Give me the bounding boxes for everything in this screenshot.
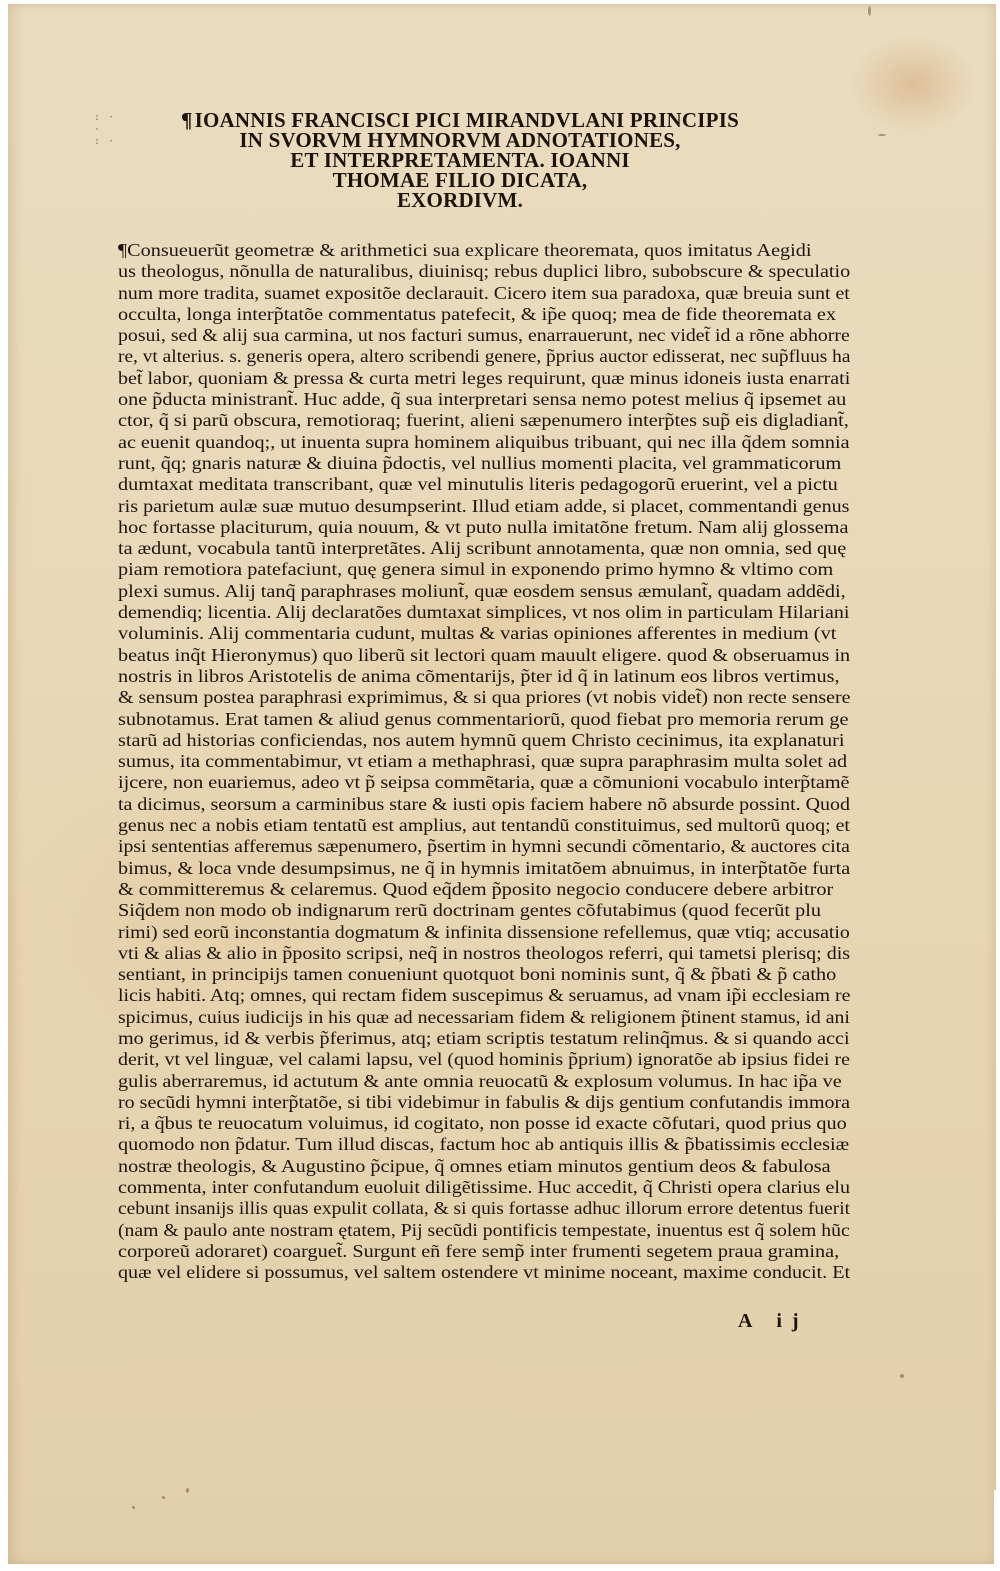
text-line: ta dicimus, seorsum a carminibus stare &… — [118, 794, 850, 815]
text-line: & committeremus & celaremus. Quod eq̃dem… — [118, 879, 833, 900]
text-line: genus nec a nobis etiam tentatũ est ampl… — [118, 815, 850, 836]
text-line: commenta, inter confutandum euoluit dili… — [118, 1177, 850, 1198]
text-line: ac euenit quandoq;, ut inuenta supra hom… — [118, 432, 850, 453]
foxing-spot — [162, 1496, 165, 1499]
text-line: gulis aberraremus, id actutum & ante omn… — [118, 1071, 841, 1092]
text-line: (nam & paulo ante nostram ętatem, Pij se… — [118, 1220, 850, 1241]
title-line: THOMAE FILIO DICATA, — [140, 170, 780, 190]
text-line: one p̃ducta ministrant̃. Huc adde, q̃ su… — [118, 389, 846, 410]
text-line: cebunt insanijs illis quas expulit colla… — [118, 1198, 850, 1219]
foxing-spot — [868, 6, 871, 16]
text-line: ¶Consueuerũt geometræ & arithmetici sua … — [118, 240, 811, 261]
text-line: voluminis. Alij commentaria cudunt, mult… — [118, 623, 837, 644]
text-line: plexi sumus. Alij tanq̃ paraphrases moli… — [118, 581, 846, 602]
text-line: bet̃ labor, quoniam & pressa & curta met… — [118, 368, 850, 389]
text-line: quæ vel elidere si possumus, vel saltem … — [118, 1262, 850, 1283]
text-line: piam remotiora patefaciunt, quę genera s… — [118, 559, 833, 580]
text-line: licis habiti. Atq; omnes, qui rectam fid… — [118, 985, 850, 1006]
text-line: ris parietum aulæ suæ mutuo desumpserint… — [118, 496, 850, 517]
text-line: sentiant, in principijs tamen conueniunt… — [118, 964, 837, 985]
text-line: occulta, longa interp̃tatõe commentatus … — [118, 304, 836, 325]
text-line: ijcere, non euariemus, adeo vt p̃ seipsa… — [118, 772, 850, 793]
text-line: quomodo non p̃datur. Tum illud discas, f… — [118, 1134, 849, 1155]
pilcrow-icon: ¶ — [181, 108, 193, 132]
text-line: us theologus, nõnulla de naturalibus, di… — [118, 261, 850, 282]
text-line: ctor, q̃ si parũ obscura, remotioraq; fu… — [118, 410, 848, 431]
text-line: num more tradita, suamet expositõe decla… — [118, 283, 850, 304]
foxing-spot — [900, 1374, 904, 1378]
text-line: derit, vt vel linguæ, vel calami lapsu, … — [118, 1049, 850, 1070]
text-line: vti & alias & alio in p̃posito scripsi, … — [118, 943, 850, 964]
text-line: corporeũ adoraret) coarguet̃. Surgunt eñ… — [118, 1241, 839, 1262]
margin-marks: : · · : · — [94, 112, 108, 172]
text-line: ipsi sententias afferemus sæpenumero, p̃… — [118, 836, 850, 857]
text-line: subnotamus. Erat tamen & aliud genus com… — [118, 709, 848, 730]
text-line: sumus, ita commentabimur, vt etiam a met… — [118, 751, 847, 772]
text-line: ri, a q̃bus te reuocatum voluimus, id co… — [118, 1113, 847, 1134]
text-line: nostræ theologis, & Augustino p̃cipue, q… — [118, 1156, 831, 1177]
text-line: rimi) sed eorũ inconstantia dogmatum & i… — [118, 922, 850, 943]
title-line: ¶IOANNIS FRANCISCI PICI MIRANDVLANI PRIN… — [140, 110, 780, 130]
text-line: beatus inq̃t Hieronymus) quo liberũ sit … — [118, 645, 850, 666]
text-line: mo gerimus, id & verbis p̃ferimus, atq; … — [118, 1028, 850, 1049]
foxing-spot — [186, 1488, 189, 1493]
title-line: EXORDIVM. — [140, 190, 780, 210]
text-line: nostris in libros Aristotelis de anima c… — [118, 666, 839, 687]
text-line: starũ ad historias conficiendas, nos aut… — [118, 730, 845, 751]
text-line: re, vt alterius. s. generis opera, alter… — [118, 346, 850, 367]
foxing-spot — [132, 1506, 135, 1509]
title-line: IN SVORVM HYMNORVM ADNOTATIONES, — [140, 130, 780, 150]
text-line: hoc fortasse placiturum, quia nouum, & v… — [118, 517, 848, 538]
text-line: demendiq; licentia. Alij declaratões dum… — [118, 602, 850, 623]
text-line: spicimus, cuius iudicijs in his quæ ad n… — [118, 1007, 850, 1028]
text-line: posui, sed & alij sua carmina, ut nos fa… — [118, 325, 850, 346]
text-line: & sensum postea paraphrasi exprimimus, &… — [118, 687, 850, 708]
text-line: ta ædunt, vocabula tantũ interpretãtes. … — [118, 538, 846, 559]
signature-mark: A ij — [738, 1310, 808, 1333]
text-line: dumtaxat meditata transcribant, quæ vel … — [118, 474, 838, 495]
title-line: ET INTERPRETAMENTA. IOANNI — [140, 150, 780, 170]
text-line: runt, q̃q; gnaris naturæ & diuina p̃doct… — [118, 453, 841, 474]
foxing-spot — [878, 134, 886, 136]
page-title: ¶IOANNIS FRANCISCI PICI MIRANDVLANI PRIN… — [140, 110, 780, 210]
text-line: bimus, & loca vnde desumpsimus, ne q̃ in… — [118, 858, 850, 879]
text-line: Siq̃dem non modo ob indignarum rerũ doct… — [118, 900, 821, 921]
page-edge — [994, 1490, 1000, 1571]
text-line: ro secũdi hymni interp̃tatõe, si tibi vi… — [118, 1092, 850, 1113]
body-text: ¶Consueuerũt geometræ & arithmetici sua … — [118, 240, 850, 1284]
